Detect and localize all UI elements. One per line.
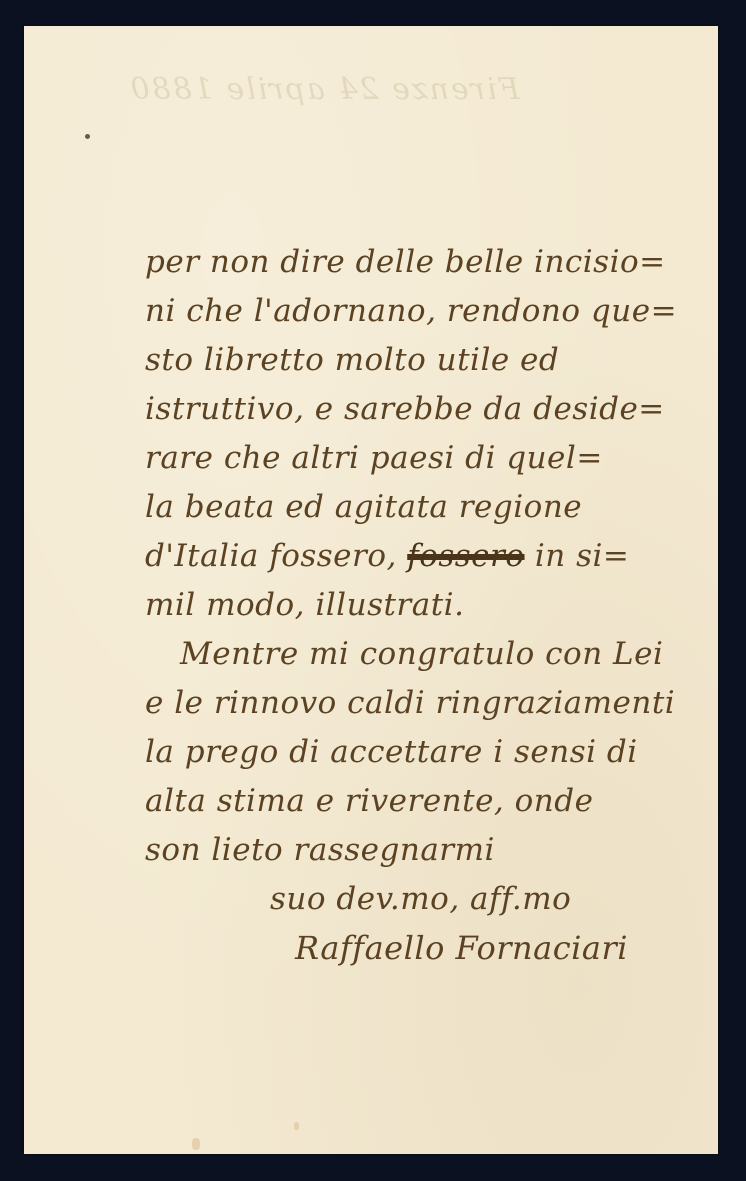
scan-background: Firenze 24 aprile 1880 per non dire dell… bbox=[0, 0, 746, 1181]
letter-line: per non dire delle belle incisio= bbox=[145, 238, 705, 287]
bleed-through-text: Firenze 24 aprile 1880 bbox=[114, 72, 534, 107]
line-text: d'Italia fossero, bbox=[145, 538, 407, 574]
letter-line: ni che l'adornano, rendono que= bbox=[145, 287, 705, 336]
letter-line: la prego di accettare i sensi di bbox=[145, 728, 705, 777]
letter-line: rare che altri paesi di quel= bbox=[145, 434, 705, 483]
letter-line: e le rinnovo caldi ringraziamenti bbox=[145, 679, 705, 728]
ink-speck bbox=[85, 134, 90, 139]
letter-line: son lieto rassegnarmi bbox=[145, 826, 705, 875]
letter-body: per non dire delle belle incisio= ni che… bbox=[145, 238, 705, 973]
letter-line: Mentre mi congratulo con Lei bbox=[145, 630, 705, 679]
struck-word: fossero bbox=[407, 538, 524, 574]
line-text: in si= bbox=[525, 538, 630, 574]
letter-line: istruttivo, e sarebbe da deside= bbox=[145, 385, 705, 434]
letter-line: sto libretto molto utile ed bbox=[145, 336, 705, 385]
paper-stain bbox=[294, 1122, 299, 1130]
signature: Raffaello Fornaciari bbox=[145, 924, 705, 973]
letter-line: d'Italia fossero, fossero in si= bbox=[145, 532, 705, 581]
letter-line: mil modo, illustrati. bbox=[145, 581, 705, 630]
closing-line: suo dev.mo, aff.mo bbox=[145, 875, 705, 924]
letter-line: la beata ed agitata regione bbox=[145, 483, 705, 532]
letter-line: alta stima e riverente, onde bbox=[145, 777, 705, 826]
paper-stain bbox=[192, 1138, 200, 1150]
